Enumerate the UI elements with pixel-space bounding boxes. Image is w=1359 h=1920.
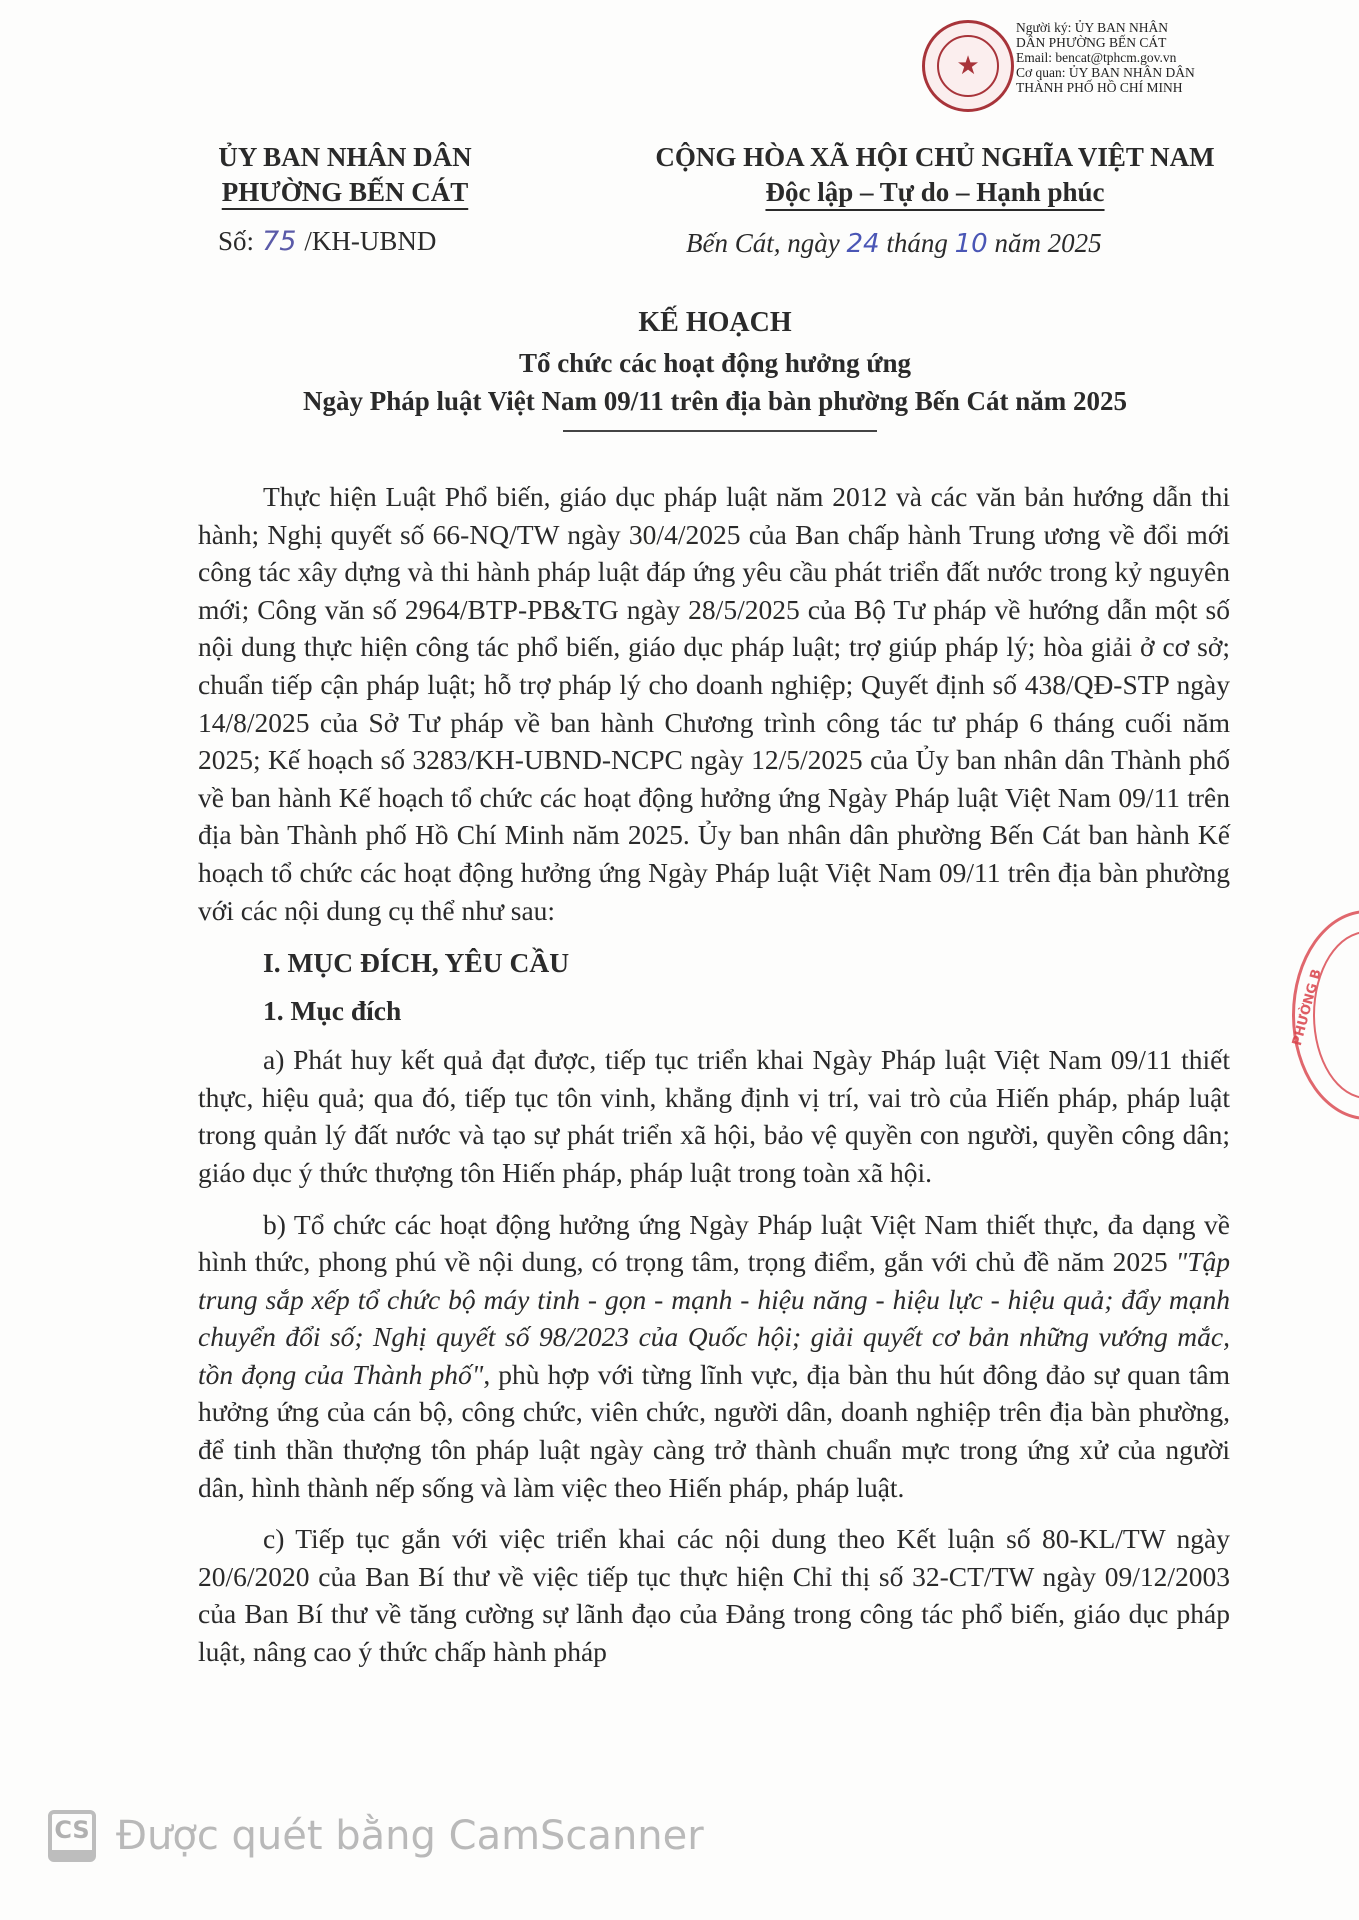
handwritten-day: 24 xyxy=(846,229,879,259)
paragraph-a: a) Phát huy kết quả đạt được, tiếp tục t… xyxy=(198,1041,1230,1191)
national-motto: Độc lập – Tự do – Hạnh phúc xyxy=(765,177,1104,207)
document-title: KẾ HOẠCH Tổ chức các hoạt động hưởng ứng… xyxy=(190,302,1240,420)
watermark-text: Được quét bằng CamScanner xyxy=(116,1813,704,1859)
paragraph-b: b) Tổ chức các hoạt động hưởng ứng Ngày … xyxy=(198,1206,1230,1507)
intro-paragraph: Thực hiện Luật Phổ biến, giáo dục pháp l… xyxy=(198,478,1230,929)
handwritten-number: 75 xyxy=(262,226,296,257)
signature-line: Cơ quan: ỦY BAN NHÂN DÂN xyxy=(1016,65,1195,80)
document-number: Số:75/KH-UBND xyxy=(218,226,436,257)
digital-signature-info: Người ký: ỦY BAN NHÂN DÂN PHƯỜNG BẾN CÁT… xyxy=(1016,20,1195,95)
title-line-1: Tổ chức các hoạt động hưởng ứng xyxy=(190,344,1240,382)
title-divider xyxy=(563,430,877,432)
org-line-2: PHƯỜNG BẾN CÁT xyxy=(170,175,520,210)
nation-name: CỘNG HÒA XÃ HỘI CHỦ NGHĨA VIỆT NAM xyxy=(630,140,1240,175)
signature-line: THÀNH PHỐ HỒ CHÍ MINH xyxy=(1016,80,1195,95)
org-line-1: ỦY BAN NHÂN DÂN xyxy=(170,140,520,175)
handwritten-month: 10 xyxy=(955,229,988,259)
paragraph-c: c) Tiếp tục gắn với việc triển khai các … xyxy=(198,1520,1230,1670)
signature-email: Email: bencat@tphcm.gov.vn xyxy=(1016,50,1195,65)
star-emblem-icon: ★ xyxy=(937,35,999,97)
signature-line: Người ký: ỦY BAN NHÂN xyxy=(1016,20,1195,35)
digital-signature-seal: ★ xyxy=(922,20,1014,112)
document-type: KẾ HOẠCH xyxy=(190,302,1240,344)
national-header: CỘNG HÒA XÃ HỘI CHỦ NGHĨA VIỆT NAM Độc l… xyxy=(630,140,1240,210)
camscanner-watermark: CS Được quét bằng CamScanner xyxy=(48,1810,704,1862)
signature-line: DÂN PHƯỜNG BẾN CÁT xyxy=(1016,35,1195,50)
section-heading: I. MỤC ĐÍCH, YÊU CẦU xyxy=(198,941,1230,985)
camscanner-logo-icon: CS xyxy=(48,1810,96,1862)
date-line: Bến Cát, ngày 24 tháng 10 năm 2025 xyxy=(686,228,1102,259)
subsection-heading: 1. Mục đích xyxy=(198,989,1230,1033)
title-line-2: Ngày Pháp luật Việt Nam 09/11 trên địa b… xyxy=(190,382,1240,420)
issuing-organization: ỦY BAN NHÂN DÂN PHƯỜNG BẾN CÁT xyxy=(170,140,520,210)
document-body: Thực hiện Luật Phổ biến, giáo dục pháp l… xyxy=(198,478,1230,1671)
